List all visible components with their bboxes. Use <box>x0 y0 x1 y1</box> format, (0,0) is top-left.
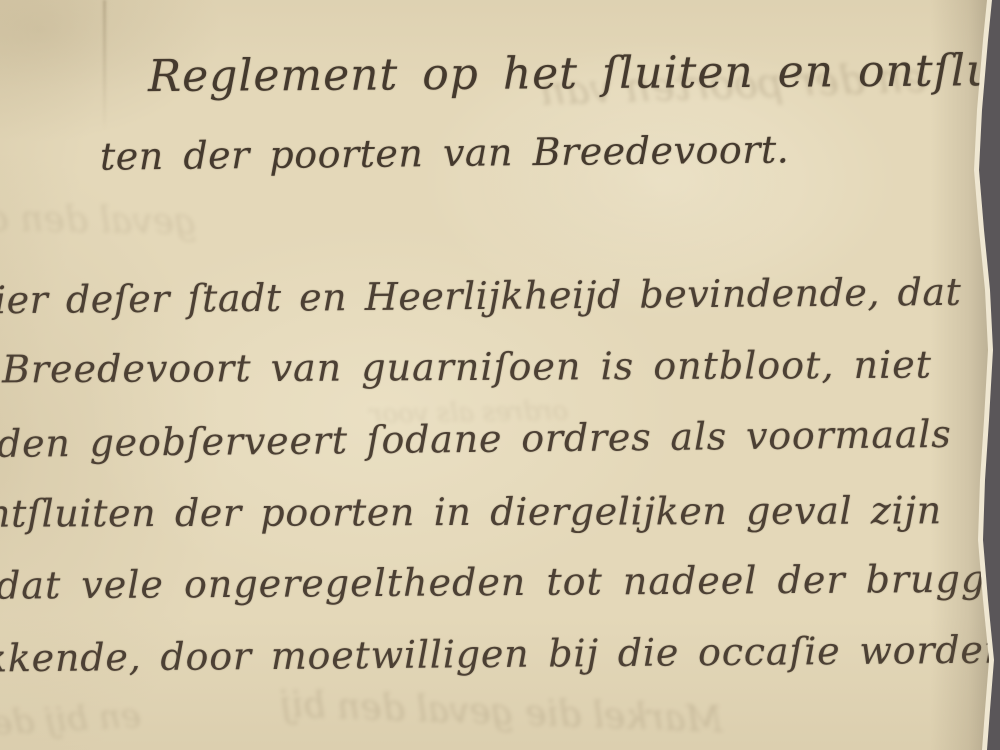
manuscript-line-4: ntſluiten der poorten in diergelijken ge… <box>0 491 942 532</box>
manuscript-scan: en der poorten van geval den or ordres a… <box>0 0 1000 750</box>
manuscript-line-1: ier deſer ſtadt en Heerlijkheijd bevinde… <box>0 273 961 319</box>
manuscript-page: en der poorten van geval den or ordres a… <box>0 0 1000 750</box>
bleedthrough-text: geval den or <box>0 198 197 243</box>
manuscript-line-5: dat vele ongeregeltheden tot nadeel der … <box>0 559 1000 604</box>
title-line-2: ten der poorten van Breedevoort. <box>100 130 790 175</box>
bleedthrough-text: en bij der <box>0 696 142 745</box>
manuscript-line-6: kkende, door moetwilligen bij die occaſi… <box>0 631 1000 678</box>
manuscript-line-2: Breedevoort van guarniſoen is ontbloot, … <box>2 346 932 389</box>
manuscript-line-3: rden geobſerveert ſodane ordres als voor… <box>0 415 952 463</box>
bleedthrough-text: Markel die geval den bij <box>279 684 723 740</box>
title-line-1: Reglement op het ſluiten en ontſlui= <box>148 49 1000 99</box>
paper-crease <box>103 0 106 130</box>
